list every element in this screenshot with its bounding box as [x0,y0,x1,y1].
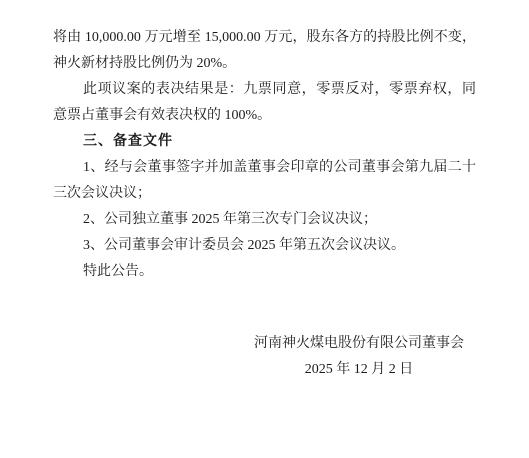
body-line: 将由 10,000.00 万元增至 15,000.00 万元，股东各方的持股比例… [53,25,476,51]
list-item-line: 1、经与会董事签字并加盖董事会印章的公司董事会第九届二十 [53,155,476,181]
body-line: 神火新材持股比例仍为 20%。 [53,51,476,77]
signature-company: 河南神火煤电股份有限公司董事会 [254,331,464,357]
document-page: 将由 10,000.00 万元增至 15,000.00 万元，股东各方的持股比例… [0,0,529,458]
body-line: 此项议案的表决结果是：九票同意，零票反对，零票弃权，同 [53,77,476,103]
document-body: 将由 10,000.00 万元增至 15,000.00 万元，股东各方的持股比例… [0,0,529,383]
section-heading: 三、备查文件 [53,129,476,155]
body-line: 意票占董事会有效表决权的 100%。 [53,103,476,129]
list-item-line: 三次会议决议； [53,181,476,207]
closing-line: 特此公告。 [53,259,476,285]
list-item-line: 3、公司董事会审计委员会 2025 年第五次会议决议。 [53,233,476,259]
list-item-line: 2、公司独立董事 2025 年第三次专门会议决议； [53,207,476,233]
signature-date: 2025 年 12 月 2 日 [254,357,464,383]
signature-block: 河南神火煤电股份有限公司董事会 2025 年 12 月 2 日 [254,331,464,383]
